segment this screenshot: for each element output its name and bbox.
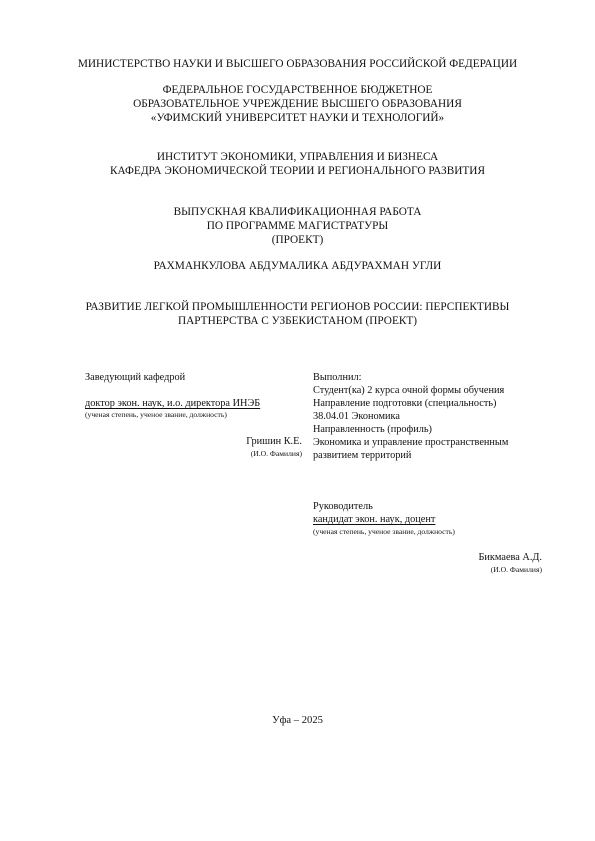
head-of-department-label: Заведующий кафедрой (85, 371, 185, 384)
department-name: КАФЕДРА ЭКОНОМИЧЕСКОЙ ТЕОРИИ И РЕГИОНАЛЬ… (0, 164, 595, 178)
performer-line-6: развитием территорий (313, 449, 411, 462)
supervisor-name: Бикмаева А.Д. (400, 551, 542, 564)
ministry-heading: МИНИСТЕРСТВО НАУКИ И ВЫСШЕГО ОБРАЗОВАНИЯ… (0, 57, 595, 71)
work-type-line-2: ПО ПРОГРАММЕ МАГИСТРАТУРЫ (0, 219, 595, 233)
supervisor-name-caption: (И.О. Фамилия) (400, 565, 542, 575)
performer-line-5: Экономика и управление пространственным (313, 436, 508, 449)
supervisor-label: Руководитель (313, 500, 373, 513)
supervisor-degree-caption: (ученая степень, ученое звание, должност… (313, 527, 455, 537)
work-type-line-1: ВЫПУСКНАЯ КВАЛИФИКАЦИОННАЯ РАБОТА (0, 205, 595, 219)
performer-label: Выполнил: (313, 371, 361, 384)
performer-line-1: Студент(ка) 2 курса очной формы обучения (313, 384, 504, 397)
performer-line-3: 38.04.01 Экономика (313, 410, 400, 423)
head-of-department-name: Гришин К.Е. (180, 435, 302, 448)
thesis-title-line-2: ПАРТНЕРСТВА С УЗБЕКИСТАНОМ (ПРОЕКТ) (0, 314, 595, 328)
author-name: РАХМАНКУЛОВА АБДУМАЛИКА АБДУРАХМАН УГЛИ (0, 259, 595, 273)
institution-line-2: ОБРАЗОВАТЕЛЬНОЕ УЧРЕЖДЕНИЕ ВЫСШЕГО ОБРАЗ… (0, 97, 595, 111)
thesis-title-line-1: РАЗВИТИЕ ЛЕГКОЙ ПРОМЫШЛЕННОСТИ РЕГИОНОВ … (0, 300, 595, 314)
work-type-line-3: (ПРОЕКТ) (0, 233, 595, 247)
head-of-department-degree: доктор экон. наук, и.о. директора ИНЭБ (85, 397, 260, 410)
supervisor-degree: кандидат экон. наук, доцент (313, 513, 435, 526)
performer-line-4: Направленность (профиль) (313, 423, 432, 436)
city-year: Уфа – 2025 (0, 714, 595, 728)
institution-line-3: «УФИМСКИЙ УНИВЕРСИТЕТ НАУКИ И ТЕХНОЛОГИЙ… (0, 111, 595, 125)
head-of-department-degree-caption: (ученая степень, ученое звание, должност… (85, 410, 227, 420)
head-of-department-name-caption: (И.О. Фамилия) (180, 449, 302, 459)
performer-line-2: Направление подготовки (специальность) (313, 397, 496, 410)
institute-name: ИНСТИТУТ ЭКОНОМИКИ, УПРАВЛЕНИЯ И БИЗНЕСА (0, 150, 595, 164)
institution-line-1: ФЕДЕРАЛЬНОЕ ГОСУДАРСТВЕННОЕ БЮДЖЕТНОЕ (0, 83, 595, 97)
